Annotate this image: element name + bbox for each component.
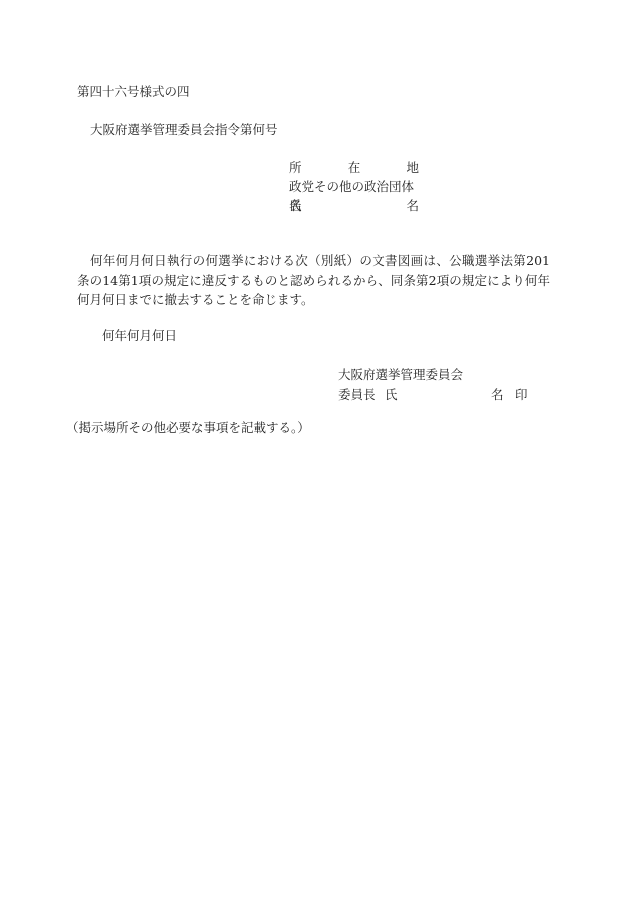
address-label-char: 地 bbox=[406, 158, 419, 177]
issuer-organization-row: 大阪府選挙管理委員会 bbox=[338, 365, 528, 385]
date-line: 何年何月何日 bbox=[102, 328, 177, 344]
issuer-block: 大阪府選挙管理委員会 委員長 氏 名 印 bbox=[338, 365, 528, 405]
address-label-char: 所 bbox=[289, 158, 302, 177]
form-number: 第四十六号様式の四 bbox=[77, 84, 190, 100]
issuer-title: 委員長 bbox=[338, 385, 376, 405]
party-label: 政党その他の政治団体名 bbox=[289, 177, 419, 196]
issuer-organization: 大阪府選挙管理委員会 bbox=[338, 365, 463, 385]
issuer-name-first: 氏 bbox=[385, 385, 398, 405]
order-number: 大阪府選挙管理委員会指令第何号 bbox=[90, 122, 278, 138]
address-label-row: 所 在 地 bbox=[289, 158, 419, 177]
name-label-row: 氏 名 bbox=[289, 196, 419, 215]
addressee-block: 所 在 地 政党その他の政治団体名 氏 名 bbox=[289, 158, 419, 215]
seal-mark: 印 bbox=[515, 385, 528, 405]
name-label-char: 氏 bbox=[289, 196, 302, 215]
issuer-name-row: 委員長 氏 名 印 bbox=[338, 385, 528, 405]
address-label-char: 在 bbox=[348, 158, 361, 177]
party-label-row: 政党その他の政治団体名 bbox=[289, 177, 419, 196]
name-label-char: 名 bbox=[406, 196, 419, 215]
body-paragraph: 何年何月何日執行の何選挙における次（別紙）の文書図画は、公職選挙法第201条の1… bbox=[77, 251, 550, 310]
issuer-name-last: 名 bbox=[491, 385, 504, 405]
note-line: （掲示場所その他必要な事項を記載する。） bbox=[66, 420, 310, 436]
